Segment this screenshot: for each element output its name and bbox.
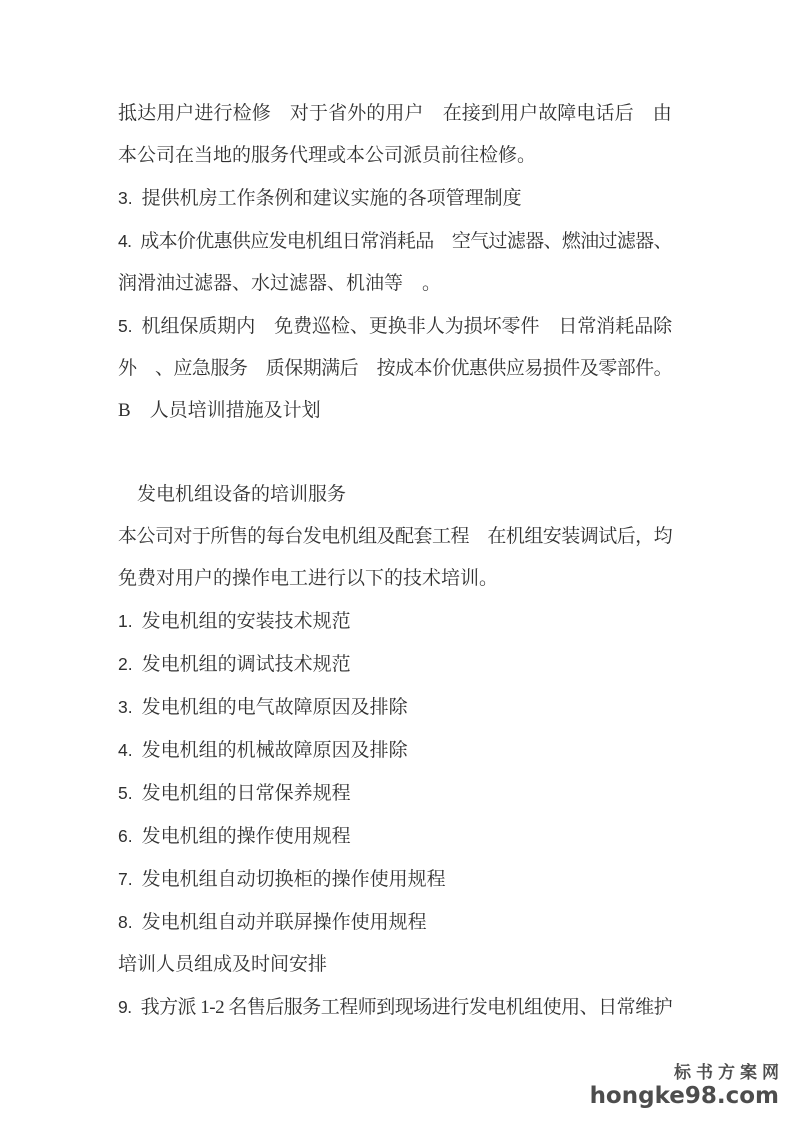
watermark-site-url: hongke98.com bbox=[590, 1084, 779, 1109]
text-line: 4.发电机组的机械故障原因及排除 bbox=[118, 729, 672, 772]
line-text: 发电机组设备的培训服务 bbox=[118, 484, 346, 505]
text-line: 4.成本价优惠供应发电机组日常消耗品 空气过滤器、燃油过滤器、 bbox=[118, 220, 672, 263]
line-text: 提供机房工作条例和建议实施的各项管理制度 bbox=[142, 188, 522, 209]
line-text: 外 、应急服务 质保期满后 按成本价优惠供应易损件及零部件。 bbox=[118, 358, 672, 379]
text-line: 本公司对于所售的每台发电机组及配套工程 在机组安装调试后，均 bbox=[118, 516, 672, 558]
line-text: 机组保质期内 免费巡检、更换非人为损坏零件 日常消耗品除 bbox=[142, 316, 673, 337]
text-line: 发电机组设备的培训服务 bbox=[118, 474, 672, 516]
blank-line bbox=[118, 432, 672, 474]
line-text: 发电机组自动切换柜的操作使用规程 bbox=[142, 869, 446, 890]
text-line: 5.机组保质期内 免费巡检、更换非人为损坏零件 日常消耗品除 bbox=[118, 305, 672, 348]
text-line: 3.提供机房工作条例和建议实施的各项管理制度 bbox=[118, 177, 672, 220]
list-number: 3. bbox=[118, 697, 133, 717]
list-number: 5. bbox=[118, 316, 133, 336]
text-line: 5.发电机组的日常保养规程 bbox=[118, 772, 672, 815]
text-line: 抵达用户进行检修 对于省外的用户 在接到用户故障电话后 由 bbox=[118, 93, 672, 135]
watermark-site-name: 标书方案网 bbox=[590, 1064, 784, 1083]
list-number: 2. bbox=[118, 654, 133, 674]
text-line: 1.发电机组的安装技术规范 bbox=[118, 600, 672, 643]
line-text: 发电机组的日常保养规程 bbox=[142, 783, 351, 804]
text-line: 3.发电机组的电气故障原因及排除 bbox=[118, 686, 672, 729]
text-line: 2.发电机组的调试技术规范 bbox=[118, 643, 672, 686]
line-text: 润滑油过滤器、水过滤器、机油等 。 bbox=[118, 273, 441, 294]
list-number: 4. bbox=[118, 740, 133, 760]
text-line: 6.发电机组的操作使用规程 bbox=[118, 815, 672, 858]
line-text: 成本价优惠供应发电机组日常消耗品 空气过滤器、燃油过滤器、 bbox=[140, 231, 672, 252]
list-number: 9. bbox=[118, 997, 132, 1017]
document-text-block: 抵达用户进行检修 对于省外的用户 在接到用户故障电话后 由本公司在当地的服务代理… bbox=[118, 93, 672, 1029]
text-line: 外 、应急服务 质保期满后 按成本价优惠供应易损件及零部件。 bbox=[118, 348, 672, 390]
text-line: 本公司在当地的服务代理或本公司派员前往检修。 bbox=[118, 135, 672, 177]
line-text: 发电机组的安装技术规范 bbox=[142, 611, 351, 632]
list-number: 1. bbox=[118, 611, 133, 631]
line-text: 发电机组的调试技术规范 bbox=[142, 654, 351, 675]
line-text: 抵达用户进行检修 对于省外的用户 在接到用户故障电话后 由 bbox=[118, 103, 672, 124]
list-number: 4. bbox=[118, 231, 131, 251]
text-line: 9.我方派 1-2 名售后服务工程师到现场进行发电机组使用、日常维护 bbox=[118, 986, 672, 1029]
line-text: 发电机组的电气故障原因及排除 bbox=[142, 697, 408, 718]
list-number: 8. bbox=[118, 912, 133, 932]
text-line: 8.发电机组自动并联屏操作使用规程 bbox=[118, 901, 672, 944]
line-text: 发电机组的操作使用规程 bbox=[142, 826, 351, 847]
text-line: 润滑油过滤器、水过滤器、机油等 。 bbox=[118, 263, 672, 305]
text-line: B 人员培训措施及计划 bbox=[118, 390, 672, 432]
watermark: 标书方案网 hongke98.com bbox=[590, 1064, 779, 1109]
line-text: 发电机组自动并联屏操作使用规程 bbox=[142, 912, 427, 933]
line-text: 本公司对于所售的每台发电机组及配套工程 在机组安装调试后，均 bbox=[118, 526, 672, 547]
list-number: 7. bbox=[118, 869, 133, 889]
text-line: 培训人员组成及时间安排 bbox=[118, 944, 672, 986]
line-text: B 人员培训措施及计划 bbox=[118, 400, 321, 421]
line-text: 我方派 1-2 名售后服务工程师到现场进行发电机组使用、日常维护 bbox=[141, 997, 673, 1018]
line-text: 免费对用户的操作电工进行以下的技术培训。 bbox=[118, 568, 498, 589]
text-line: 免费对用户的操作电工进行以下的技术培训。 bbox=[118, 558, 672, 600]
text-line: 7.发电机组自动切换柜的操作使用规程 bbox=[118, 858, 672, 901]
list-number: 3. bbox=[118, 188, 133, 208]
document-page: 抵达用户进行检修 对于省外的用户 在接到用户故障电话后 由本公司在当地的服务代理… bbox=[0, 0, 793, 1122]
line-text: 本公司在当地的服务代理或本公司派员前往检修。 bbox=[118, 145, 536, 166]
line-text: 培训人员组成及时间安排 bbox=[118, 954, 327, 975]
list-number: 5. bbox=[118, 783, 133, 803]
list-number: 6. bbox=[118, 826, 133, 846]
line-text: 发电机组的机械故障原因及排除 bbox=[142, 740, 408, 761]
